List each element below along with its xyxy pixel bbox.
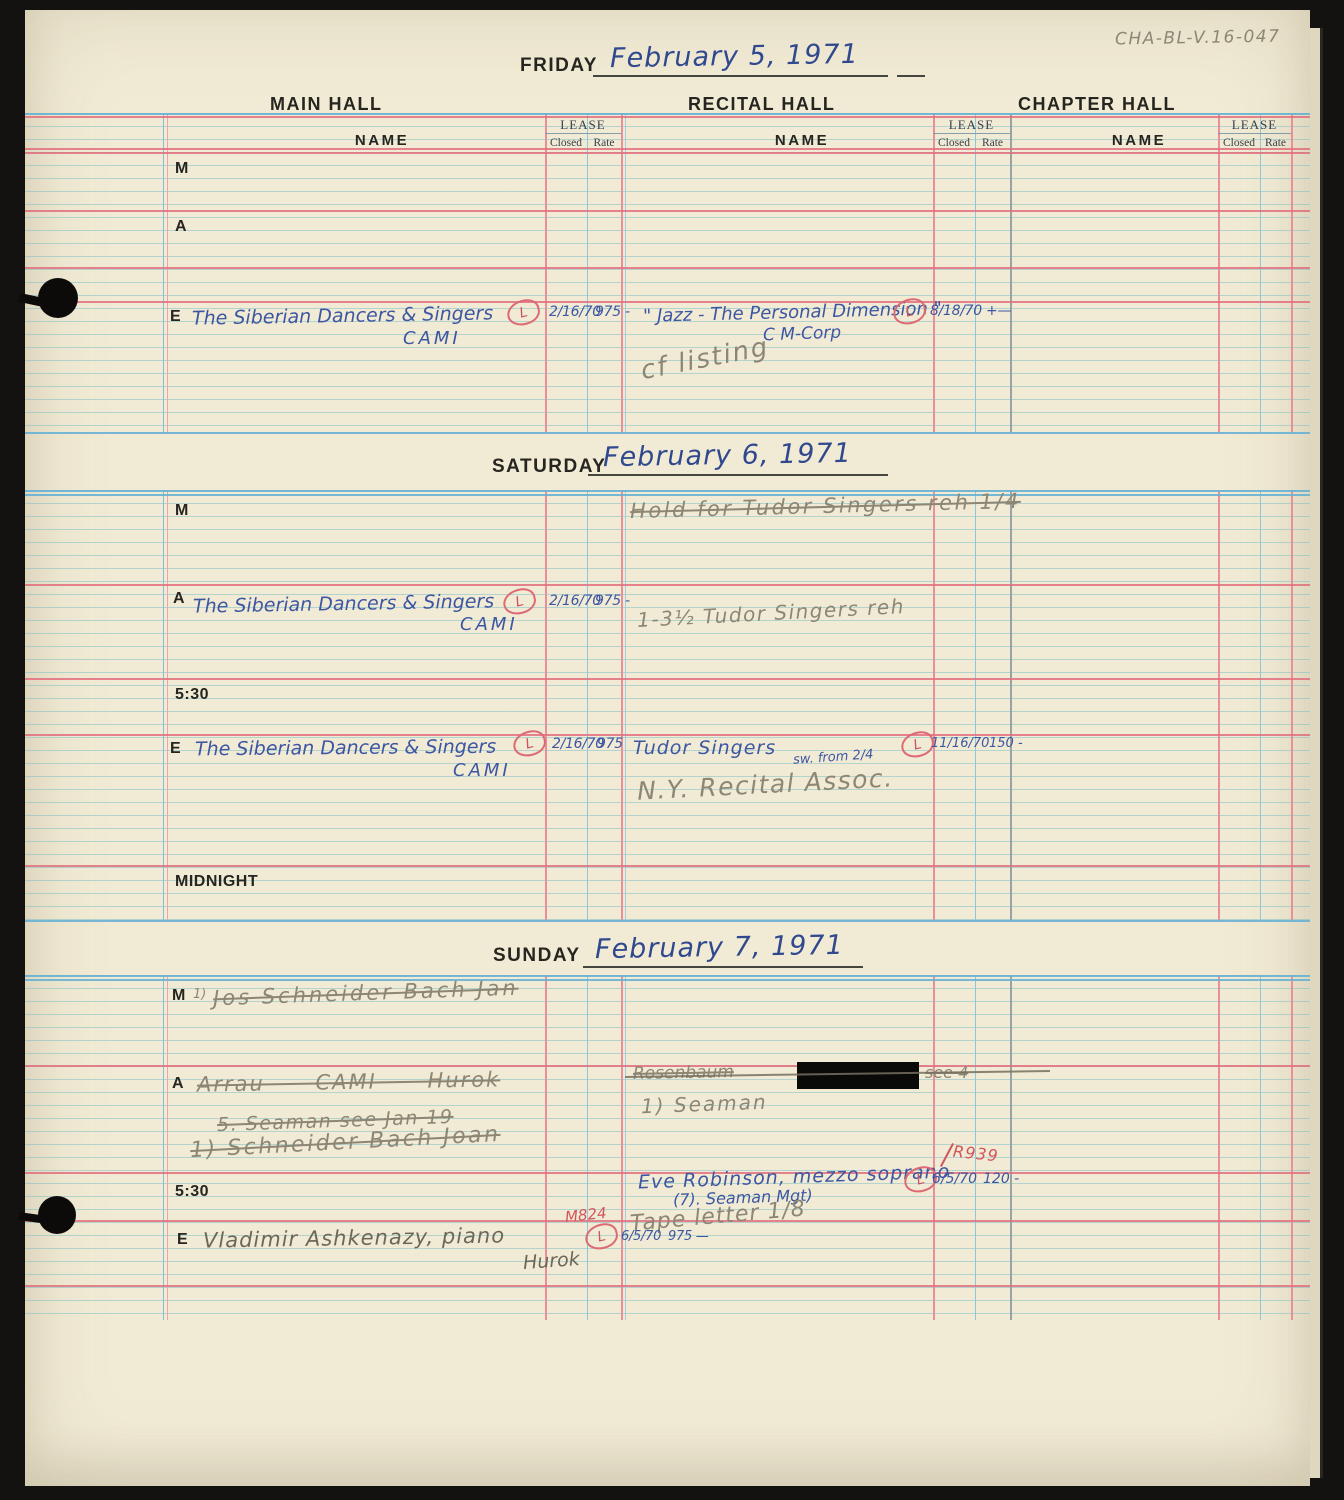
hall-title-recital: RECITAL HALL: [688, 94, 835, 115]
row-label-m: M: [175, 502, 189, 520]
row-label-m: M: [175, 160, 189, 178]
row-label-e: E: [177, 1231, 188, 1249]
lease-box-underline: [933, 133, 1010, 134]
row-line: [25, 301, 1310, 303]
lease-rate: 120 -: [983, 1171, 1019, 1187]
closed-header: Closed: [933, 137, 975, 149]
lease-closed-date: 6/5/70: [621, 1229, 661, 1244]
lease-closed-date: 11/16/70: [931, 736, 989, 751]
rate-header: Rate: [975, 137, 1010, 149]
row-label-m: M: [172, 987, 186, 1005]
date-sunday: February 7, 1971: [595, 930, 844, 965]
section-line: [25, 975, 1310, 977]
date-underline: [583, 966, 863, 968]
row-line: [25, 734, 1310, 736]
entry-agent: CAMI: [403, 328, 461, 349]
entry-crossed-out: Rosenbaum: [633, 1062, 734, 1084]
row-line: [25, 584, 1310, 586]
rate-header: Rate: [1260, 137, 1291, 149]
lease-closed-date: 6/5/70: [932, 1171, 977, 1187]
lease-header-recital: LEASE: [933, 117, 1010, 133]
lease-rate: 975: [597, 736, 623, 752]
lease-closed-date: 2/16/70: [549, 593, 601, 609]
row-label-530: 5:30: [175, 686, 209, 704]
hole-punch: [38, 1196, 76, 1234]
lease-rate: 150 -: [989, 736, 1023, 751]
day-label-friday: FRIDAY: [520, 55, 598, 77]
lease-box-underline: [1218, 133, 1291, 134]
row-line: [25, 865, 1310, 867]
rate-header: Rate: [587, 137, 621, 149]
section-line: [25, 920, 1310, 922]
lease-header-chapter: LEASE: [1218, 117, 1291, 133]
entry-name: Tudor Singers: [633, 737, 776, 759]
entry-agent: CAMI: [460, 614, 518, 635]
entry-prefix: 1): [193, 987, 206, 1002]
lease-rate: 975 -: [595, 593, 630, 609]
section-line: [25, 490, 1310, 492]
lease-header-main: LEASE: [545, 117, 621, 133]
row-label-530: 5:30: [175, 1183, 209, 1201]
scanned-ledger-page: CHA-BL-V.16-047 FRIDAY February 5, 1971 …: [0, 0, 1344, 1500]
hall-title-chapter: CHAPTER HALL: [1018, 94, 1176, 115]
day-label-sunday: SUNDAY: [493, 945, 581, 967]
row-line: [25, 678, 1310, 680]
lease-rate: 975 —: [668, 1229, 708, 1244]
lease-rate: 975 -: [595, 304, 630, 320]
ledger-page: CHA-BL-V.16-047 FRIDAY February 5, 1971 …: [25, 10, 1310, 1486]
hole-punch: [38, 278, 78, 318]
entry-agent: Hurok: [522, 1248, 580, 1274]
closed-header: Closed: [545, 137, 587, 149]
entry-name: The Siberian Dancers & Singers: [195, 736, 496, 761]
lease-closed-date: 8/18/70 +—: [930, 303, 1011, 319]
name-header-recital: NAME: [702, 132, 902, 149]
section-line: [25, 494, 1310, 496]
section-line: [25, 979, 1310, 981]
row-label-a: A: [175, 218, 187, 236]
date-saturday: February 6, 1971: [603, 438, 852, 473]
closed-header: Closed: [1218, 137, 1260, 149]
row-label-a: A: [172, 1075, 184, 1093]
hall-title-main: MAIN HALL: [270, 94, 382, 115]
row-line: [25, 1285, 1310, 1287]
row-label-midnight: MIDNIGHT: [175, 873, 258, 891]
lease-box-underline: [545, 133, 621, 134]
section-line: [25, 116, 1310, 118]
archive-code: CHA-BL-V.16-047: [1115, 27, 1281, 50]
ruled-region-friday: [25, 113, 1310, 432]
date-underline: [593, 75, 888, 77]
entry-name-pencil: 1) Seaman: [641, 1090, 768, 1118]
section-line: [25, 432, 1310, 434]
lease-closed-date: 2/16/70: [549, 304, 601, 320]
redaction-box: [797, 1062, 919, 1089]
row-line: [25, 267, 1310, 269]
section-line: [25, 113, 1310, 115]
date-friday: February 5, 1971: [610, 39, 859, 74]
name-header-chapter: NAME: [1039, 132, 1239, 149]
row-line: [25, 210, 1310, 212]
date-underline-segment: [897, 75, 925, 77]
row-line: [25, 152, 1310, 154]
row-label-a: A: [173, 590, 185, 608]
ruled-region-saturday: [25, 490, 1310, 920]
entry-agent: CAMI: [453, 760, 511, 781]
row-label-e: E: [170, 740, 181, 758]
row-label-e: E: [170, 308, 181, 326]
name-header-main: NAME: [282, 132, 482, 149]
entry-agent: C M-Corp: [763, 323, 842, 346]
date-underline: [588, 474, 888, 476]
